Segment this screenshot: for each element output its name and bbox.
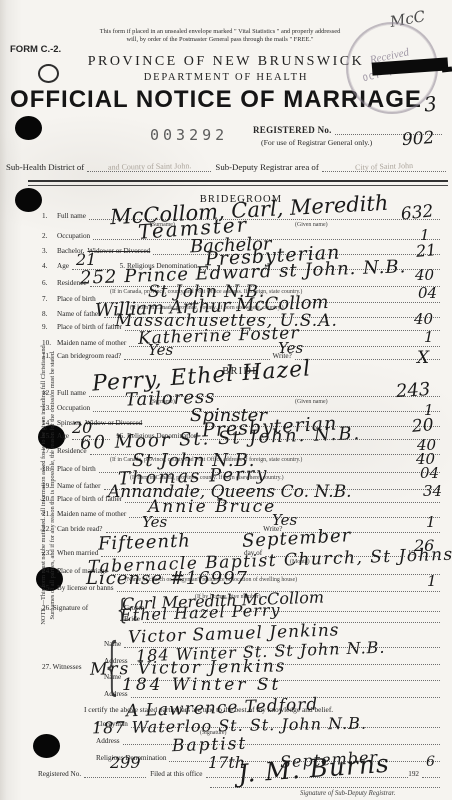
- bride-read-value: Yes: [142, 515, 167, 530]
- mark-x: X: [417, 350, 429, 367]
- mailing-disclaimer: This form if placed in an unsealed envel…: [55, 28, 385, 44]
- punch-hole: [15, 188, 42, 212]
- signature-of-label: 26. Signature of: [42, 604, 88, 612]
- groom-read-value: Yes: [148, 343, 173, 358]
- subdeputy-label: Sub-Deputy Registrar area of: [211, 162, 321, 172]
- subhealth-stamp-text: and County of Saint John.: [108, 161, 191, 171]
- license-number-value: License #16997: [86, 570, 248, 588]
- redaction-bar-tail: [442, 66, 452, 72]
- marriage-notice-form: FORM C.-2. This form if placed in an uns…: [0, 0, 452, 800]
- code-residence-groom: 40: [415, 268, 434, 283]
- divider-rule-thin: [28, 185, 448, 186]
- code-father-birthplace-bride: 34: [423, 484, 442, 499]
- row-groom-read-write: 11. Can bridegroom read? Write?: [42, 345, 440, 360]
- registrar-only-value: 902: [401, 130, 435, 149]
- code-occupation-groom: 632: [400, 203, 434, 223]
- groom-age-value: 21: [76, 252, 96, 268]
- caption-subdeputy-registrar: Signature of Sub-Deputy Registrar.: [300, 790, 395, 797]
- code-father-bride: 04: [420, 466, 439, 481]
- bride-write-value: Yes: [272, 513, 297, 528]
- code-occupation-bride: 243: [395, 381, 431, 401]
- code-literacy-bride: 1: [426, 515, 436, 530]
- registered-no-label: REGISTERED No.: [253, 125, 335, 135]
- struck-status-options: Widower or Divorced: [87, 247, 153, 255]
- subdeputy-stamp-text: City of Saint John: [355, 161, 413, 172]
- filed-year-value: 6: [426, 755, 435, 769]
- subhealth-line: and County of Saint John.: [87, 161, 211, 172]
- subdeputy-line: City of Saint John: [322, 161, 446, 172]
- punch-hole: [15, 116, 42, 140]
- disclaimer-line1: This form if placed in an unsealed envel…: [55, 28, 385, 36]
- subhealth-label: Sub-Health District of: [6, 162, 87, 172]
- code-literacy-groom: 1: [424, 330, 434, 345]
- witnesses-label: 27. Witnesses: [42, 663, 82, 671]
- district-row: Sub-Health District of and County of Sai…: [6, 158, 446, 172]
- registrar-only-note: (For use of Registrar General only.): [261, 138, 372, 147]
- clergyman-address-value: 187 Waterloo St. St. John N.B.: [92, 716, 367, 737]
- code-age-bride: 20: [411, 417, 434, 436]
- code-father-birthplace-groom: 40: [414, 312, 433, 327]
- code-license: 1: [427, 574, 437, 589]
- married-day-value: Fifteenth: [98, 532, 191, 553]
- registered-number-value: 299: [110, 755, 141, 771]
- punch-hole: [33, 734, 60, 758]
- witness2-address-value: 184 Winter St: [122, 677, 281, 694]
- disclaimer-line2: will, by order of the Postmaster General…: [55, 36, 385, 44]
- divider-rule-thick: [28, 180, 448, 182]
- groom-write-value: Yes: [278, 341, 303, 356]
- bride-mother-value: Annie Bruce: [148, 499, 276, 516]
- code-father-groom: 04: [418, 286, 437, 301]
- serial-number: 003292: [150, 126, 228, 144]
- code-age-groom: 21: [415, 242, 437, 260]
